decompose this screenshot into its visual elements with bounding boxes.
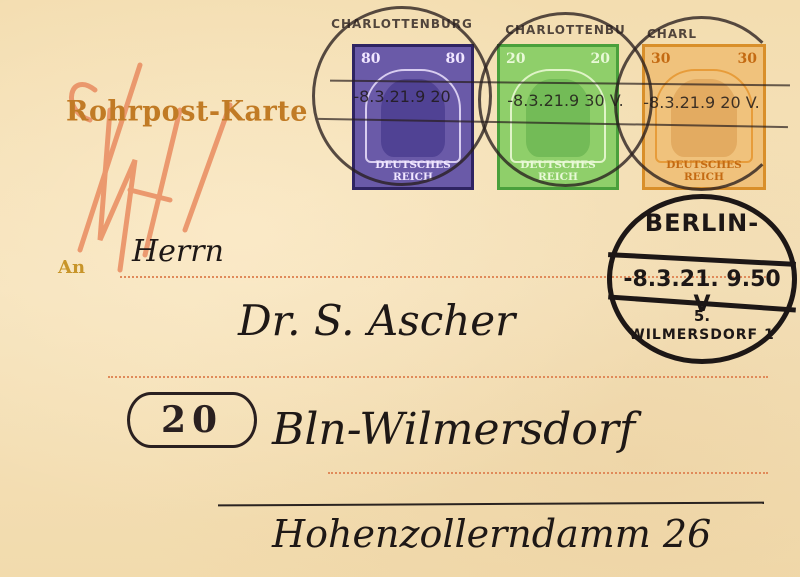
address-line-2 bbox=[108, 376, 768, 378]
handwritten-salutation: Herrn bbox=[132, 234, 224, 269]
postmark-place: WILMERSDORF 1 bbox=[612, 327, 792, 343]
postmark-district: 5. bbox=[612, 307, 792, 325]
cancellation-postmark-1: CHARLOTTENBURG -8.3.21.9 20 bbox=[312, 6, 492, 186]
address-underline bbox=[218, 502, 764, 507]
postmark-band bbox=[608, 252, 796, 267]
handwritten-name: Dr. S. Ascher bbox=[238, 296, 515, 345]
postmark-town: BERLIN- bbox=[612, 209, 792, 237]
postcard: Rohrpost-Karte An 80 80 DEUTSCHES REICH … bbox=[0, 0, 800, 577]
address-line-3 bbox=[328, 472, 768, 474]
address-prefix: An bbox=[58, 257, 85, 278]
postmark-date: -8.3.21.9 20 V. bbox=[617, 93, 786, 112]
boxed-number-stamp: 20 bbox=[127, 392, 257, 448]
handwritten-city: Bln-Wilmersdorf bbox=[272, 404, 635, 455]
postmark-date: -8.3.21.9 20 bbox=[315, 87, 489, 106]
card-title: Rohrpost-Karte bbox=[66, 95, 308, 128]
cancellation-postmark-3: CHARL -8.3.21.9 20 V. bbox=[614, 16, 789, 191]
handwritten-street: Hohenzollerndamm 26 bbox=[272, 512, 711, 556]
boxed-number: 20 bbox=[130, 399, 254, 441]
arrival-postmark: BERLIN- -8.3.21. 9.50 V 5. WILMERSDORF 1 bbox=[607, 194, 797, 364]
postmark-town: CHARLOTTENBURG bbox=[315, 17, 489, 31]
postmark-town: CHARL bbox=[617, 27, 786, 41]
